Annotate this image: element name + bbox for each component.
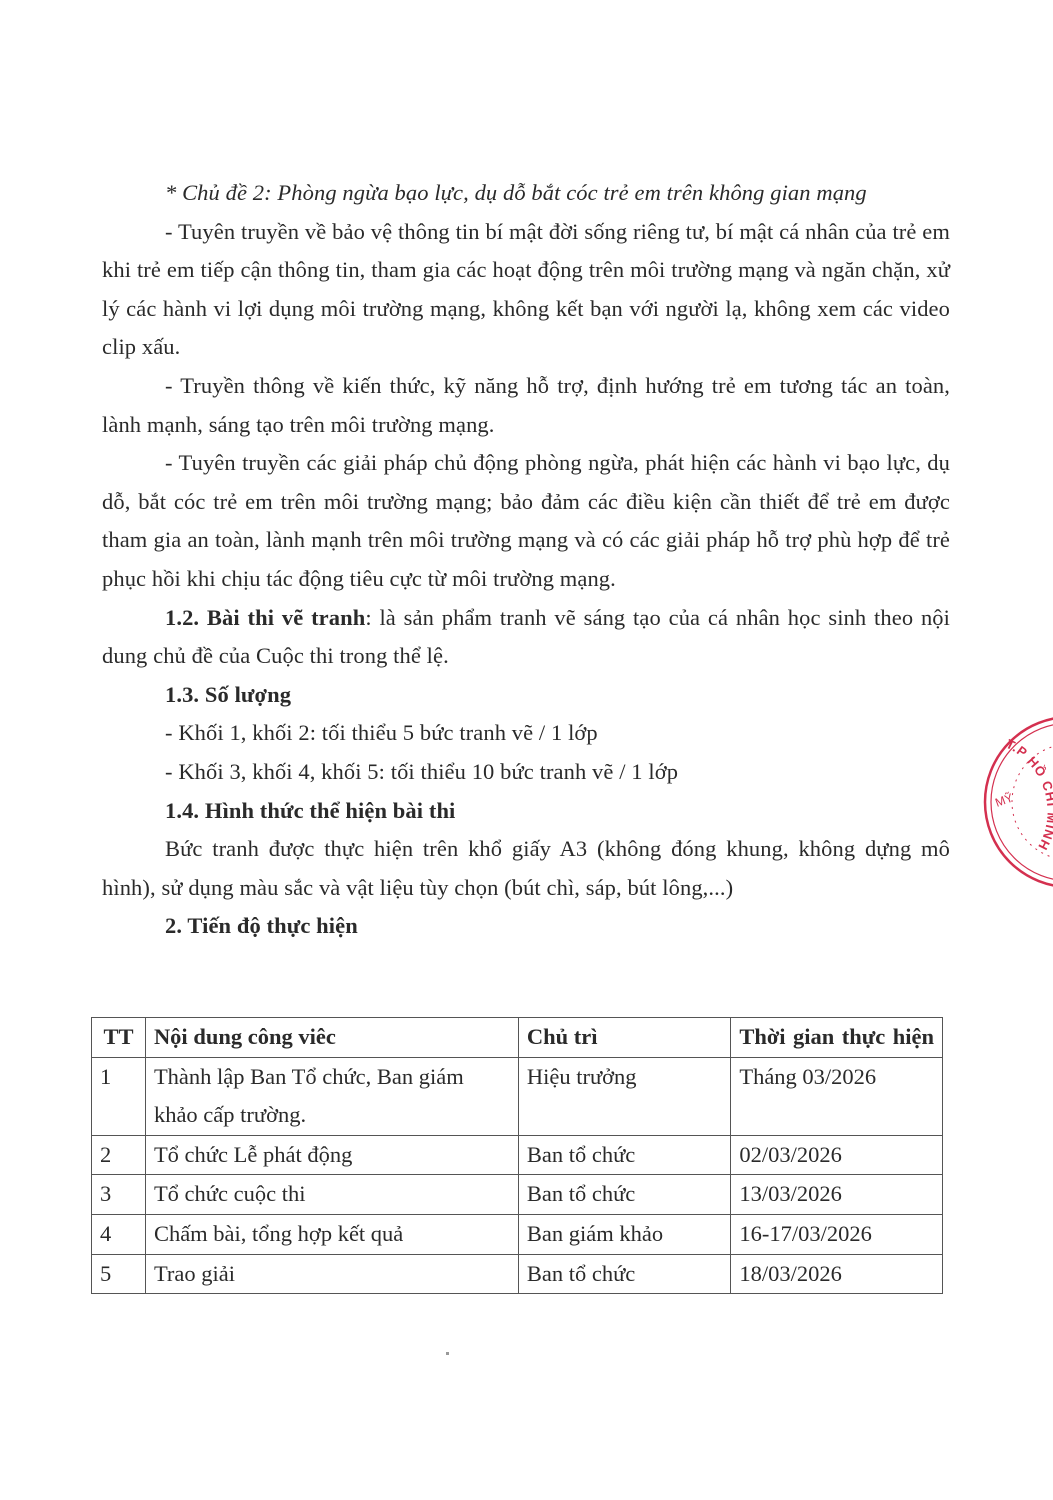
row-content: Trao giải: [145, 1254, 518, 1294]
row-time: 18/03/2026: [731, 1254, 943, 1294]
row-lead: Hiệu trưởng: [518, 1057, 730, 1135]
table-row: 1Thành lập Ban Tổ chức, Ban giám khảo cấ…: [92, 1057, 943, 1135]
table-header-row: TT Nội dung công viêc Chủ trì Thời gian …: [92, 1018, 943, 1058]
row-lead: Ban tổ chức: [518, 1135, 730, 1175]
table-row: 3Tổ chức cuộc thiBan tổ chức13/03/2026: [92, 1175, 943, 1215]
header-time: Thời gian thực hiện: [731, 1018, 943, 1058]
section-2-heading: 2. Tiến độ thực hiện: [102, 907, 950, 946]
row-content: Tổ chức cuộc thi: [145, 1175, 518, 1215]
row-tt: 1: [92, 1057, 146, 1135]
row-content: Thành lập Ban Tổ chức, Ban giám khảo cấp…: [145, 1057, 518, 1135]
table-row: 2Tổ chức Lễ phát độngBan tổ chức02/03/20…: [92, 1135, 943, 1175]
topic-2-bullet-1: - Tuyên truyền về bảo vệ thông tin bí mậ…: [102, 213, 950, 367]
scan-mark: [446, 1352, 449, 1355]
row-content: Chấm bài, tổng hợp kết quả: [145, 1214, 518, 1254]
row-time: 16-17/03/2026: [731, 1214, 943, 1254]
row-tt: 2: [92, 1135, 146, 1175]
section-1-4-text: Bức tranh được thực hiện trên khổ giấy A…: [102, 830, 950, 907]
row-tt: 3: [92, 1175, 146, 1215]
row-content: Tổ chức Lễ phát động: [145, 1135, 518, 1175]
row-lead: Ban giám khảo: [518, 1214, 730, 1254]
row-tt: 4: [92, 1214, 146, 1254]
section-1-4-heading: 1.4. Hình thức thể hiện bài thi: [102, 792, 950, 831]
header-tt: TT: [92, 1018, 146, 1058]
section-1-2: 1.2. Bài thi vẽ tranh: là sản phẩm tranh…: [102, 599, 950, 676]
topic-2-bullet-3: - Tuyên truyền các giải pháp chủ động ph…: [102, 444, 950, 598]
row-time: Tháng 03/2026: [731, 1057, 943, 1135]
official-stamp: T.P HỒ CHÍ MINH MỸ: [975, 712, 1053, 892]
stamp-inner-text: MỸ: [993, 791, 1015, 810]
header-lead: Chủ trì: [518, 1018, 730, 1058]
section-1-3-item-2: - Khối 3, khối 4, khối 5: tối thiểu 10 b…: [102, 753, 950, 792]
topic-2-title: * Chủ đề 2: Phòng ngừa bạo lực, dụ dỗ bắ…: [102, 174, 950, 213]
section-1-2-heading: 1.2. Bài thi vẽ tranh: [165, 605, 365, 630]
section-1-3-item-1: - Khối 1, khối 2: tối thiểu 5 bức tranh …: [102, 714, 950, 753]
document-body: * Chủ đề 2: Phòng ngừa bạo lực, dụ dỗ bắ…: [102, 174, 950, 946]
row-lead: Ban tổ chức: [518, 1254, 730, 1294]
schedule-table: TT Nội dung công viêc Chủ trì Thời gian …: [91, 1017, 943, 1294]
row-time: 02/03/2026: [731, 1135, 943, 1175]
row-lead: Ban tổ chức: [518, 1175, 730, 1215]
section-1-3-heading: 1.3. Số lượng: [102, 676, 950, 715]
topic-2-bullet-2: - Truyền thông về kiến thức, kỹ năng hỗ …: [102, 367, 950, 444]
row-tt: 5: [92, 1254, 146, 1294]
table-row: 4Chấm bài, tổng hợp kết quảBan giám khảo…: [92, 1214, 943, 1254]
table-row: 5Trao giảiBan tổ chức18/03/2026: [92, 1254, 943, 1294]
row-time: 13/03/2026: [731, 1175, 943, 1215]
header-content: Nội dung công viêc: [145, 1018, 518, 1058]
